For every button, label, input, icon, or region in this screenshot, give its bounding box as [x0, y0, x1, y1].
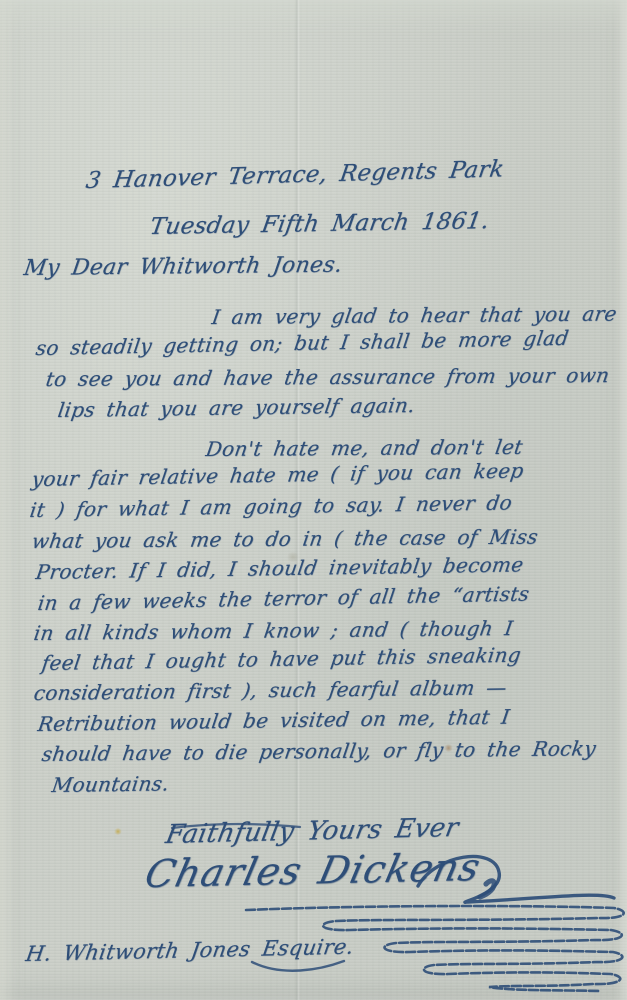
body-line: your fair relative hate me ( if you can … — [30, 458, 525, 491]
body-line: so steadily getting on; but I shall be m… — [34, 326, 570, 360]
body-line: consideration first ), such fearful albu… — [32, 675, 508, 705]
letter-paper: 3 Hanover Terrace, Regents Park Tuesday … — [0, 0, 627, 1000]
stain-spot — [114, 828, 122, 835]
body-line: to see you and have the assurance from y… — [44, 363, 611, 391]
body-line: should have to die personally, or fly to… — [40, 736, 597, 766]
body-line: Procter. If I did, I should inevitably b… — [34, 552, 525, 584]
body-line: lips that you are yourself again. — [56, 393, 416, 422]
body-line: in a few weeks the terror of all the “ar… — [36, 582, 531, 616]
body-line: what you ask me to do in ( the case of M… — [30, 525, 540, 553]
body-line: I am very glad to hear that you are — [210, 301, 618, 329]
body-line: it ) for what I am going to say. I never… — [28, 490, 514, 522]
date-line: Tuesday Fifth March 1861. — [148, 208, 491, 240]
body-line: Mountains. — [50, 771, 171, 797]
address-line: 3 Hanover Terrace, Regents Park — [84, 156, 506, 194]
body-line: in all kinds whom I know ; and ( though … — [32, 616, 515, 645]
closing-line: Faithfully Yours Ever — [163, 813, 461, 850]
addressee-line: H. Whitworth Jones Esquire. — [24, 935, 355, 967]
body-line: feel that I ought to have put this sneak… — [40, 643, 522, 675]
signature: Charles Dickens — [141, 845, 485, 896]
body-line: Retribution would be visited on me, that… — [36, 705, 511, 736]
salutation: My Dear Whitworth Jones. — [22, 253, 344, 281]
body-line: Don't hate me, and don't let — [204, 435, 524, 461]
